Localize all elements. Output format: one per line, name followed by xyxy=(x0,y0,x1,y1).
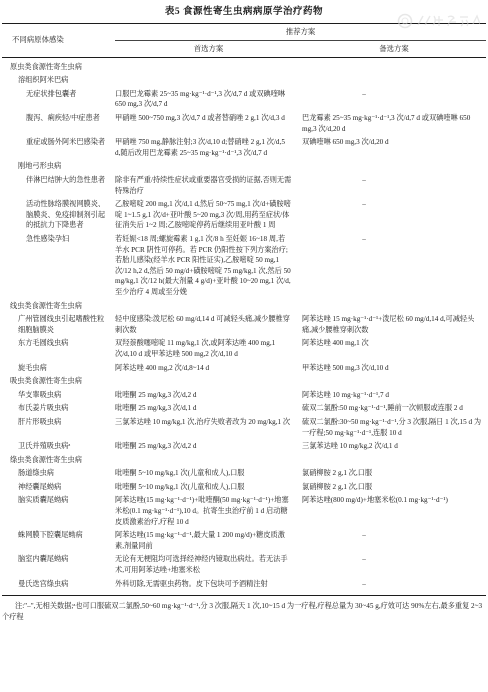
alternative-plan: 三氯苯达唑 10 mg/kg,2 次/d,1 d xyxy=(302,441,486,452)
header-recommendation-group: 推荐方案 首选方案 备选方案 xyxy=(115,24,486,57)
first-choice-plan: 阿苯达唑(15 mg·kg⁻¹·d⁻¹,最大量 1 200 mg/d)+糖皮质激… xyxy=(115,530,302,551)
first-choice-plan: 吡喹酮 5~10 mg/kg,1 次(儿童和成人),口服 xyxy=(115,482,302,493)
table-section-row: 绦虫类食源性寄生虫病 xyxy=(2,453,486,467)
pathogen-name: 旋毛虫病 xyxy=(2,363,115,374)
first-choice-plan: 吡喹酮 25 mg/kg,3 次/d,2 d xyxy=(115,390,302,401)
pathogen-name: 活动性脉络膜视网膜炎、脑膜炎、免疫抑制剂引起的抵抗力下降患者 xyxy=(2,199,115,231)
pathogen-name: 无症状排包囊者 xyxy=(2,89,115,110)
table-row: 旋毛虫病阿苯达唑 400 mg,2 次/d,8~14 d甲苯达唑 500 mg,… xyxy=(2,361,486,375)
pathogen-name: 绦虫类食源性寄生虫病 xyxy=(2,455,115,466)
paper-page: 表5 食源性寄生虫病病原学治疗药物 不同病原体感染 推荐方案 首选方案 备选方案… xyxy=(0,0,488,692)
header-alternative: 备选方案 xyxy=(302,44,486,55)
pathogen-name: 卫氏并殖吸虫病ᵃ xyxy=(2,441,115,452)
pathogen-name: 广州管圆线虫引起嗜酸性粒细胞脑膜炎 xyxy=(2,314,115,335)
table-row: 神经囊尾蚴病吡喹酮 5~10 mg/kg,1 次(儿童和成人),口服氯硝柳胺 2… xyxy=(2,480,486,494)
table-row: 脑室内囊尾蚴病无论有无梗阻均可选择经神经内镜取出病灶。若无法手术,可用阿苯达唑+… xyxy=(2,553,486,577)
table-section-row: 吸虫类食源性寄生虫病 xyxy=(2,375,486,389)
pathogen-name: 布氏姜片吸虫病 xyxy=(2,403,115,414)
alternative-plan: 巴龙霉素 25~35 mg·kg⁻¹·d⁻¹,3 次/d,7 d 或双碘喹啉 6… xyxy=(302,113,486,134)
alternative-plan: – xyxy=(302,89,486,110)
first-choice-plan: 轻中度感染:泼尼松 60 mg/d,14 d 可减轻头痛,减少腰椎穿刺次数 xyxy=(115,314,302,335)
pathogen-name: 线虫类食源性寄生虫病 xyxy=(2,301,115,312)
first-choice-plan: 乙胺嘧啶 200 mg,1 次/d,1 d,然后 50~75 mg,1 次/d+… xyxy=(115,199,302,231)
alternative-plan: 甲苯达唑 500 mg,3 次/d,10 d xyxy=(302,363,486,374)
table-header: 不同病原体感染 推荐方案 首选方案 备选方案 xyxy=(2,23,486,58)
table-row: 卫氏并殖吸虫病ᵃ吡喹酮 25 mg/kg,3 次/d,2 d三氯苯达唑 10 m… xyxy=(2,440,486,454)
pathogen-name: 曼氏迭宫绦虫病 xyxy=(2,579,115,590)
pathogen-name: 华支睾吸虫病 xyxy=(2,390,115,401)
first-choice-plan: 口服巴龙霉素 25~35 mg·kg⁻¹·d⁻¹,3 次/d,7 d 或双碘喹啉… xyxy=(115,89,302,110)
pathogen-name: 溶组织阿米巴病 xyxy=(2,75,115,86)
pathogen-name: 脑室内囊尾蚴病 xyxy=(2,554,115,575)
pathogen-name: 神经囊尾蚴病 xyxy=(2,482,115,493)
alternative-plan: 硫双二氯酚:50 mg·kg⁻¹·d⁻¹,睡前一次顿服或连服 2 d xyxy=(302,403,486,414)
first-choice-plan: 阿苯达唑 400 mg,2 次/d,8~14 d xyxy=(115,363,302,374)
alternative-plan: 阿苯达唑(800 mg/d)+地塞米松(0.1 mg·kg⁻¹·d⁻¹) xyxy=(302,495,486,527)
pathogen-name: 肠道绦虫病 xyxy=(2,468,115,479)
header-first-choice: 首选方案 xyxy=(115,44,302,55)
table-subsection-row: 溶组织阿米巴病 xyxy=(2,74,486,88)
table-row: 无症状排包囊者口服巴龙霉素 25~35 mg·kg⁻¹·d⁻¹,3 次/d,7 … xyxy=(2,87,486,111)
first-choice-plan: 双羟萘酸噻嘧啶 11 mg/kg,1 次,或阿苯达唑 400 mg,1 次/d,… xyxy=(115,338,302,359)
alternative-plan: – xyxy=(302,554,486,575)
header-pathogen-column: 不同病原体感染 xyxy=(2,24,115,57)
first-choice-plan: 阿苯达唑(15 mg·kg⁻¹·d⁻¹)+吡喹酮(50 mg·kg⁻¹·d⁻¹)… xyxy=(115,495,302,527)
alternative-plan: – xyxy=(302,530,486,551)
alternative-plan: 氯硝柳胺 2 g,1 次,口服 xyxy=(302,482,486,493)
pathogen-name: 腹泻、痢疾轻/中症患者 xyxy=(2,113,115,134)
table-section-row: 线虫类食源性寄生虫病 xyxy=(2,299,486,313)
table-section-row: 原虫类食源性寄生虫病 xyxy=(2,60,486,74)
first-choice-plan: 吡喹酮 25 mg/kg,3 次/d,2 d xyxy=(115,441,302,452)
table-row: 蛛网膜下腔囊尾蚴病阿苯达唑(15 mg·kg⁻¹·d⁻¹,最大量 1 200 m… xyxy=(2,529,486,553)
table-row: 重症或肠外阿米巴感染者甲硝唑 750 mg,静脉注射;3 次/d,10 d;替硝… xyxy=(2,136,486,160)
alternative-plan: 阿苯达唑 10 mg·kg⁻¹·d⁻¹,7 d xyxy=(302,390,486,401)
first-choice-plan: 除非有严重/持续性症状或重要器官受损的证据,否则无需特殊治疗 xyxy=(115,175,302,196)
pathogen-name: 肝片形吸虫病 xyxy=(2,417,115,438)
table-row: 布氏姜片吸虫病吡喹酮 25 mg/kg,3 次/d,1 d硫双二氯酚:50 mg… xyxy=(2,402,486,416)
treatment-table: 不同病原体感染 推荐方案 首选方案 备选方案 原虫类食源性寄生虫病溶组织阿米巴病… xyxy=(2,23,486,596)
alternative-plan: 硫双二氯酚:30~50 mg·kg⁻¹·d⁻¹,分 3 次服,隔日 1 次,15… xyxy=(302,417,486,438)
pathogen-name: 原虫类食源性寄生虫病 xyxy=(2,62,115,73)
pathogen-name: 刚地弓形虫病 xyxy=(2,161,115,172)
table-row: 曼氏迭宫绦虫病外科切除,无需驱虫药物。皮下包块可予酒精注射– xyxy=(2,577,486,591)
first-choice-plan: 甲硝唑 750 mg,静脉注射;3 次/d,10 d;替硝唑 2 g,1 次/d… xyxy=(115,137,302,158)
alternative-plan: – xyxy=(302,199,486,231)
table-row: 东方毛圆线虫病双羟萘酸噻嘧啶 11 mg/kg,1 次,或阿苯达唑 400 mg… xyxy=(2,337,486,361)
first-choice-plan: 外科切除,无需驱虫药物。皮下包块可予酒精注射 xyxy=(115,579,302,590)
pathogen-name: 东方毛圆线虫病 xyxy=(2,338,115,359)
alternative-plan: – xyxy=(302,175,486,196)
first-choice-plan: 若妊娠<18 周;螺旋霉素 1 g,1 次/8 h 至妊娠 16~18 周,若羊… xyxy=(115,234,302,298)
first-choice-plan: 无论有无梗阻均可选择经神经内镜取出病灶。若无法手术,可用阿苯达唑+地塞米松 xyxy=(115,554,302,575)
alternative-plan: 阿苯达唑 400 mg,1 次 xyxy=(302,338,486,359)
alternative-plan: – xyxy=(302,234,486,298)
pathogen-name: 脑实质囊尾蚴病 xyxy=(2,495,115,527)
table-row: 肠道绦虫病吡喹酮 5~10 mg/kg,1 次(儿童和成人),口服氯硝柳胺 2 … xyxy=(2,467,486,481)
pathogen-name: 吸虫类食源性寄生虫病 xyxy=(2,376,115,387)
table-subsection-row: 刚地弓形虫病 xyxy=(2,160,486,174)
first-choice-plan: 三氯苯达唑 10 mg/kg,1 次,治疗失败者改为 20 mg/kg,1 次 xyxy=(115,417,302,438)
table-body: 原虫类食源性寄生虫病溶组织阿米巴病无症状排包囊者口服巴龙霉素 25~35 mg·… xyxy=(2,58,486,596)
first-choice-plan: 吡喹酮 25 mg/kg,3 次/d,1 d xyxy=(115,403,302,414)
table-row: 活动性脉络膜视网膜炎、脑膜炎、免疫抑制剂引起的抵抗力下降患者乙胺嘧啶 200 m… xyxy=(2,198,486,233)
table-row: 广州管圆线虫引起嗜酸性粒细胞脑膜炎轻中度感染:泼尼松 60 mg/d,14 d … xyxy=(2,313,486,337)
pathogen-name: 急性感染孕妇 xyxy=(2,234,115,298)
table-row: 伴淋巴结肿大的急性患者除非有严重/持续性症状或重要器官受损的证据,否则无需特殊治… xyxy=(2,174,486,198)
table-row: 脑实质囊尾蚴病阿苯达唑(15 mg·kg⁻¹·d⁻¹)+吡喹酮(50 mg·kg… xyxy=(2,494,486,529)
first-choice-plan: 甲硝唑 500~750 mg,3 次/d,7 d 或者替硝唑 2 g,1 次/d… xyxy=(115,113,302,134)
table-row: 肝片形吸虫病三氯苯达唑 10 mg/kg,1 次,治疗失败者改为 20 mg/k… xyxy=(2,415,486,439)
header-recommended-plan: 推荐方案 xyxy=(115,24,486,41)
pathogen-name: 伴淋巴结肿大的急性患者 xyxy=(2,175,115,196)
table-caption: 表5 食源性寄生虫病病原学治疗药物 xyxy=(0,0,488,18)
first-choice-plan: 吡喹酮 5~10 mg/kg,1 次(儿童和成人),口服 xyxy=(115,468,302,479)
alternative-plan: 氯硝柳胺 2 g,1 次,口服 xyxy=(302,468,486,479)
alternative-plan: – xyxy=(302,579,486,590)
table-row: 腹泻、痢疾轻/中症患者甲硝唑 500~750 mg,3 次/d,7 d 或者替硝… xyxy=(2,112,486,136)
table-row: 华支睾吸虫病吡喹酮 25 mg/kg,3 次/d,2 d阿苯达唑 10 mg·k… xyxy=(2,388,486,402)
alternative-plan: 阿苯达唑 15 mg·kg⁻¹·d⁻¹+泼尼松 60 mg/d,14 d,可减轻… xyxy=(302,314,486,335)
table-row: 急性感染孕妇若妊娠<18 周;螺旋霉素 1 g,1 次/8 h 至妊娠 16~1… xyxy=(2,233,486,300)
alternative-plan: 双碘喹啉 650 mg,3 次/d,20 d xyxy=(302,137,486,158)
table-footnote: 注:"–",无相关数据;ᵃ也可口服硫双二氯酚,50~60 mg·kg⁻¹·d⁻¹… xyxy=(2,601,486,623)
pathogen-name: 重症或肠外阿米巴感染者 xyxy=(2,137,115,158)
pathogen-name: 蛛网膜下腔囊尾蚴病 xyxy=(2,530,115,551)
